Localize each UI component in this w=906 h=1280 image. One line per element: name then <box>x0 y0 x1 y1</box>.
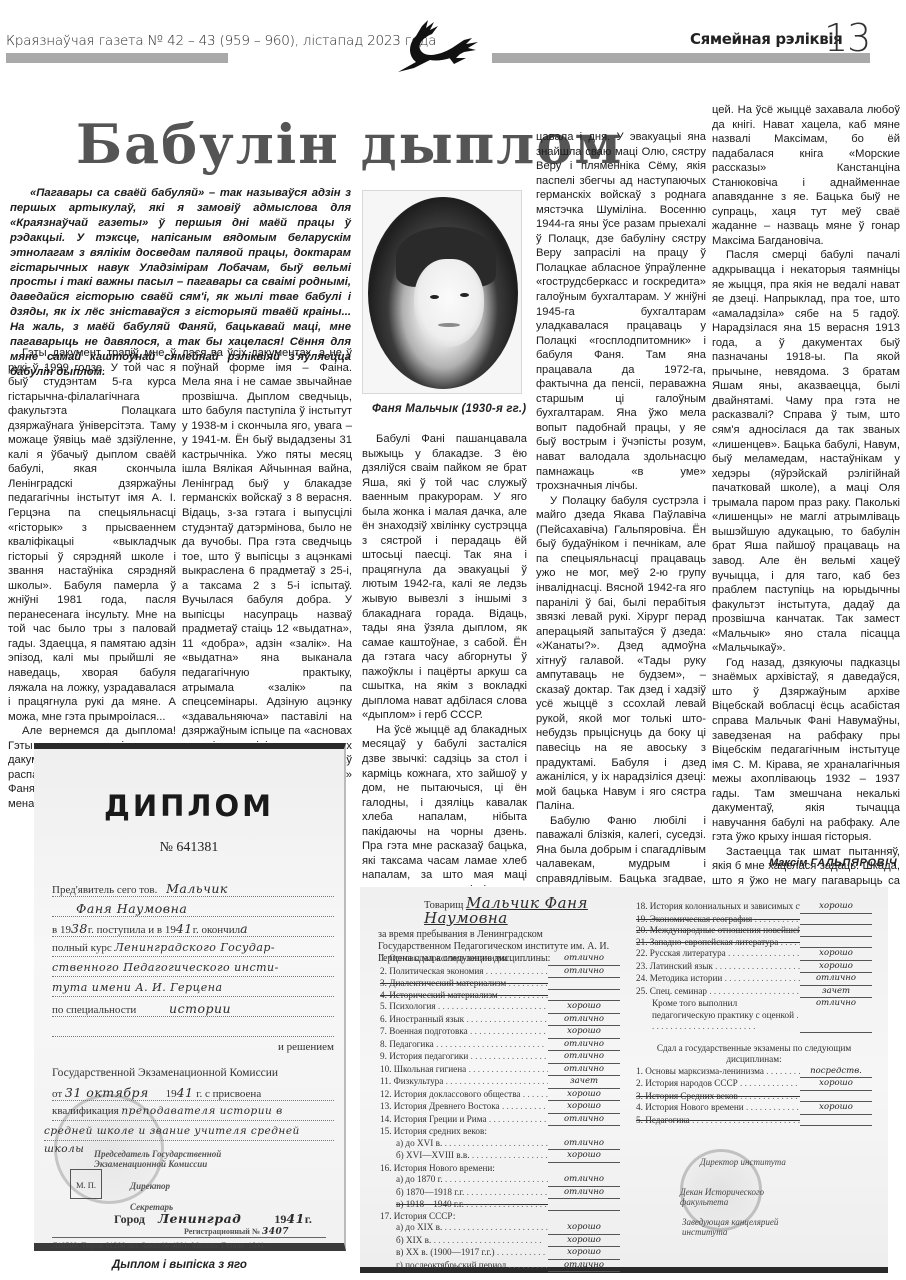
subject-row: 22. Русская литературахорошо <box>636 948 872 961</box>
subject: а) до XVI в. <box>380 1138 548 1151</box>
handwritten-year: 41 <box>176 921 193 936</box>
subject-row: 5. Психологияхорошо <box>380 1001 620 1014</box>
dean-signature-label: Декан Исторического факультета <box>680 1187 810 1207</box>
crane-bird-icon <box>392 18 484 72</box>
label: Пред'явитель сего тов. <box>52 884 157 896</box>
article-column-1: Гэты дакумент трапіў мне ў рукі ў 1999 г… <box>8 346 176 812</box>
exam-row: 5. Педагогика <box>636 1115 872 1127</box>
diploma-line-name: Фаня Наумовна <box>52 901 334 917</box>
paragraph: цей. На ўсё жыццё захавала любоў да кніг… <box>712 103 900 248</box>
director-signature-label: Директор института <box>700 1157 786 1167</box>
handwritten-text: преподавателя истории в <box>121 1105 282 1117</box>
article-column-5: цей. На ўсё жыццё захавала любоў да кніг… <box>712 103 900 903</box>
chair-label: Председатель Государственной Экзаменацио… <box>94 1149 234 1169</box>
subject: Кроме того выполнил педагогическую практ… <box>636 998 800 1033</box>
subject-row: 25. Спец. семинарзачет <box>636 986 872 999</box>
subject: 14. История Греции и Рима <box>380 1114 548 1127</box>
portrait-face <box>414 259 484 347</box>
subject: 2. Политическая экономия <box>380 966 548 979</box>
diploma-line-course: полный курс Ленинградского Государ- <box>52 941 334 957</box>
diploma-line-qualification-2: средней школе и звание учителя средней <box>44 1125 334 1141</box>
grade <box>800 925 872 937</box>
paragraph: цавала і дня. У эвакуацыі яна знайшла св… <box>536 130 706 494</box>
subject-row: 1. Основы марксизма-ленинизмаотлично <box>380 953 620 966</box>
grade: хорошо <box>800 901 872 914</box>
subject: 19. Экономическая география <box>636 914 800 926</box>
grade: отлично <box>548 1039 620 1052</box>
handwritten-date: 31 октября <box>65 1085 149 1100</box>
handwritten-name: Фаня Наумовна <box>76 901 187 916</box>
author-last-name: ГАЛЬПЯРОВІЧ <box>810 857 897 869</box>
portrait-eye-left <box>430 295 439 299</box>
handwritten-text: тута имени А. И. Герцена <box>52 981 223 994</box>
grade: хорошо <box>548 1026 620 1039</box>
subject: 9. История педагогики <box>380 1051 548 1064</box>
author-first-name: Максім <box>769 857 807 869</box>
subject: 21. Западно-европейская литература <box>636 937 800 949</box>
subject-row: 3. Диалектический материализм <box>380 978 620 990</box>
subject-row: в) XX в. (1900—1917 г.г.)хорошо <box>380 1247 620 1260</box>
grade <box>548 1211 620 1223</box>
exam-row: 2. История народов СССРхорошо <box>636 1078 872 1091</box>
grade <box>548 1163 620 1175</box>
subject-row: 18. История колониальных и зависимых стр… <box>636 901 872 914</box>
subject-row: 20. Международные отношения новейшей мир… <box>636 925 872 937</box>
handwritten-year: 41 <box>286 1211 304 1226</box>
subject-row: б) 1870—1918 г.г.отлично <box>380 1187 620 1200</box>
diploma-title: ДИПЛОМ <box>34 789 344 823</box>
grade: хорошо <box>800 961 872 974</box>
text: от <box>52 1088 62 1100</box>
handwritten-text: школы <box>44 1143 84 1155</box>
grade <box>548 990 620 1002</box>
subject-row: а) до XVI в.отлично <box>380 1138 620 1151</box>
grade <box>548 1126 620 1138</box>
diploma-line-decision: и решением <box>52 1041 334 1057</box>
subject-row: 12. История доклассового обществахорошо <box>380 1089 620 1102</box>
paragraph: Гэты дакумент трапіў мне ў рукі ў 1999 г… <box>8 346 176 724</box>
paragraph: лася ва ўсіх дакументах, а не ў поўнай ф… <box>182 346 352 797</box>
subject: 3. История Средних веков <box>636 1091 800 1103</box>
subject-row: 4. Исторический материализм <box>380 990 620 1002</box>
grade: отлично <box>800 973 872 986</box>
handwritten-text: средней школе и звание учителя средней <box>44 1125 300 1137</box>
subject-row: 21. Западно-европейская литература <box>636 937 872 949</box>
paragraph: Год назад, дзякуючы падказцы знаёмых арх… <box>712 656 900 845</box>
subject: 24. Методика истории <box>636 973 800 986</box>
subject-row: 19. Экономическая география <box>636 914 872 926</box>
page-number: 13 <box>824 16 870 60</box>
grade <box>548 1199 620 1211</box>
registrar-signature-label: Заведующая канцелярией института <box>682 1217 792 1237</box>
registration-line: Регистрационный № 3407 <box>184 1227 289 1237</box>
text: а и в 19 <box>141 924 176 936</box>
subject: 7. Военная подготовка <box>380 1026 548 1039</box>
handwritten-city: Ленинград <box>158 1211 241 1226</box>
grade: хорошо <box>800 948 872 961</box>
subject: 6. Иностранный язык <box>380 1014 548 1027</box>
author-signature: Максім ГАЛЬПЯРОВІЧ <box>769 857 897 869</box>
section-name: Сямейная рэліквія <box>690 30 842 48</box>
article-column-2: лася ва ўсіх дакументах, а не ў поўнай ф… <box>182 346 352 797</box>
grade: отлично <box>548 953 620 966</box>
grade: хорошо <box>548 1247 620 1260</box>
state-exams-header: Сдал а государственные экзамены по следу… <box>636 1043 872 1066</box>
grade: посредств. <box>800 1066 872 1079</box>
subject-row: 14. История Греции и Римаотлично <box>380 1114 620 1127</box>
seal-place-box: М. П. <box>70 1169 102 1199</box>
exam-row: 3. История Средних веков <box>636 1091 872 1103</box>
subject: 10. Школьная гигиена <box>380 1064 548 1077</box>
subject-row: а) до XIX в.хорошо <box>380 1222 620 1235</box>
subject-row: а) до 1870 г.отлично <box>380 1174 620 1187</box>
handwritten-text: ственного Педагогического инсти- <box>52 961 279 974</box>
subject: 11. Физкультура <box>380 1076 548 1089</box>
subject: 5. Педагогика <box>636 1115 800 1127</box>
text: г. <box>305 1212 312 1226</box>
subject-group-row: 16. История Нового времени: <box>380 1163 620 1175</box>
subject: 4. История Нового времени <box>636 1102 800 1115</box>
header-rule-left <box>6 53 228 63</box>
grade <box>800 914 872 926</box>
portrait-eye-right <box>460 293 469 297</box>
diploma-caption: Дыплом і выпіска з яго <box>112 1259 247 1271</box>
diploma-line-institute: ственного Педагогического инсти- <box>52 961 334 977</box>
grade <box>548 978 620 990</box>
subject: б) XIX в. <box>380 1235 548 1248</box>
subject-row: 23. Латинский языкхорошо <box>636 961 872 974</box>
subject: 2. История народов СССР <box>636 1078 800 1091</box>
grade: хорошо <box>548 1222 620 1235</box>
subject: 22. Русская литература <box>636 948 800 961</box>
diploma-line-holder: Пред'явитель сего тов. Мальчик <box>52 881 334 897</box>
exam-row: 4. История Нового временихорошо <box>636 1102 872 1115</box>
text: присвоена <box>213 1088 262 1100</box>
subject: г) послеоктябрьский период <box>380 1260 548 1273</box>
subject: 20. Международные отношения новейшей мир… <box>636 925 800 937</box>
subject: в) XX в. (1900—1917 г.г.) <box>380 1247 548 1260</box>
diploma-line-years: в 1938г. поступила и в 1941г. окончила <box>52 921 334 937</box>
subject-group-row: 15. История средних веков: <box>380 1126 620 1138</box>
handwritten-text: Ленинградского Государ- <box>114 941 275 954</box>
label: квалификация <box>52 1105 119 1117</box>
header-rule-right <box>492 53 870 63</box>
text: 19 <box>274 1212 286 1226</box>
diploma-number: № 641381 <box>34 840 344 856</box>
subject-row: 2. Политическая экономияотлично <box>380 966 620 979</box>
grade: хорошо <box>548 1235 620 1248</box>
subject-row: 13. История Древнего Востокахорошо <box>380 1101 620 1114</box>
subjects-left-list: 1. Основы марксизма-ленинизмаотлично 2. … <box>380 953 620 1272</box>
diploma-line-commission: Государственной Экзаменационной Комиссии <box>52 1067 334 1083</box>
grade: хорошо <box>800 1078 872 1091</box>
diploma-print-footer: Л18509. Тираж 81200 экз. Заказ № 4001. М… <box>52 1237 326 1250</box>
diploma-line-institute-2: тута имени А. И. Герцена <box>52 981 334 997</box>
handwritten-suffix: а <box>240 921 248 936</box>
handwritten-reg-number: 3407 <box>262 1227 289 1237</box>
diploma-image: ДИПЛОМ № 641381 Пред'явитель сего тов. М… <box>34 743 346 1251</box>
text: 19 <box>166 1088 177 1100</box>
grade: хорошо <box>548 1150 620 1163</box>
subject-row: 6. Иностранный языкотлично <box>380 1014 620 1027</box>
portrait-mouth <box>438 323 460 327</box>
grade: отлично <box>548 1064 620 1077</box>
paragraph: У Полацку бабуля сустрэла і майго дзеда … <box>536 494 706 814</box>
subject: 5. Психология <box>380 1001 548 1014</box>
grade: отлично <box>548 1014 620 1027</box>
diploma-line-date: от 31 октября 1941 г. с присвоена <box>52 1085 334 1101</box>
grade: зачет <box>548 1076 620 1089</box>
grade <box>800 937 872 949</box>
text: г. поступил <box>88 924 141 936</box>
portrait-caption: Фаня Мальчык (1930-я гг.) <box>372 403 526 415</box>
subjects-right-list: 18. История колониальных и зависимых стр… <box>636 901 872 1126</box>
subject-row: 7. Военная подготовкахорошо <box>380 1026 620 1039</box>
grade: хорошо <box>548 1089 620 1102</box>
grade: отлично <box>548 1051 620 1064</box>
portrait-photo <box>362 190 522 394</box>
text: в 19 <box>52 924 71 936</box>
practice-row: Кроме того выполнил педагогическую практ… <box>636 998 872 1033</box>
grade: хорошо <box>548 1001 620 1014</box>
grade: зачет <box>800 986 872 999</box>
subject: 1. Основы марксизма-ленинизма <box>380 953 548 966</box>
subject: 8. Педагогика <box>380 1039 548 1052</box>
text: г. с <box>196 1088 210 1100</box>
text: г. окончил <box>193 924 240 936</box>
label: Город <box>114 1212 145 1226</box>
text: Государственной Экзаменационной Комиссии <box>52 1067 278 1079</box>
paragraph: Пасля смерці бабулі пачалі адкрывацца і … <box>712 248 900 655</box>
text: и решением <box>278 1041 334 1053</box>
subject: 15. История средних веков: <box>380 1126 548 1138</box>
subject: 13. История Древнего Востока <box>380 1101 548 1114</box>
label: полный курс <box>52 942 112 954</box>
subject-row: г) послеоктябрьский периодотлично <box>380 1260 620 1273</box>
subject: 16. История Нового времени: <box>380 1163 548 1175</box>
grade <box>800 1091 872 1103</box>
grade: отлично <box>800 998 872 1033</box>
publication-info: Краязнаўчая газета № 42 – 43 (959 – 960)… <box>6 33 436 49</box>
diploma-line-qualification: квалификация преподавателя истории в <box>52 1105 334 1121</box>
diploma-line-blank <box>52 1021 334 1037</box>
handwritten-name: Мальчик Фаня Наумовна <box>424 894 588 927</box>
portrait-oval <box>368 197 518 389</box>
paragraph: Бабулі Фані пашанцавала выжыць у блакадз… <box>362 432 527 723</box>
article-column-4: цавала і дня. У эвакуацыі яна знайшла св… <box>536 130 706 959</box>
transcript-image: Товарищ Мальчик Фаня Наумовна за время п… <box>360 887 888 1273</box>
grade: отлично <box>548 1187 620 1200</box>
label: Регистрационный № <box>184 1227 260 1236</box>
subject-row: б) XIX в.хорошо <box>380 1235 620 1248</box>
grade: хорошо <box>548 1101 620 1114</box>
handwritten-year: 41 <box>177 1085 194 1100</box>
subject: а) до 1870 г. <box>380 1174 548 1187</box>
subject-row: 8. Педагогикаотлично <box>380 1039 620 1052</box>
subject: б) 1870—1918 г.г. <box>380 1187 548 1200</box>
director-label: Директор <box>130 1181 170 1191</box>
label: по специальности <box>52 1004 136 1016</box>
subject-row: б) XVI—XVIII в.в.хорошо <box>380 1150 620 1163</box>
grade: отлично <box>548 1174 620 1187</box>
subject-row: 11. Физкультуразачет <box>380 1076 620 1089</box>
diploma-line-specialty: по специальности истории <box>52 1001 334 1017</box>
grade <box>800 1115 872 1127</box>
subject: 17. История СССР: <box>380 1211 548 1223</box>
subject-group-row: 17. История СССР: <box>380 1211 620 1223</box>
grade: отлично <box>548 966 620 979</box>
handwritten-specialty: истории <box>169 1001 231 1016</box>
subject: 12. История доклассового общества <box>380 1089 548 1102</box>
subject: б) XVI—XVIII в.в. <box>380 1150 548 1163</box>
grade: хорошо <box>800 1102 872 1115</box>
subject-row: 24. Методика историиотлично <box>636 973 872 986</box>
diploma-line-city: Город Ленинград 1941г. <box>114 1211 334 1227</box>
transcript-student: Товарищ Мальчик Фаня Наумовна <box>378 897 618 927</box>
grade: отлично <box>548 1260 620 1273</box>
subject: 23. Латинский язык <box>636 961 800 974</box>
subject: а) до XIX в. <box>380 1222 548 1235</box>
subject: 4. Исторический материализм <box>380 990 548 1002</box>
exam-row: 1. Основы марксизма-ленинизмапосредств. <box>636 1066 872 1079</box>
subject-row: в) 1918—1940 г.г. <box>380 1199 620 1211</box>
subject: 18. История колониальных и зависимых стр… <box>636 901 800 914</box>
subject: в) 1918—1940 г.г. <box>380 1199 548 1211</box>
grade: отлично <box>548 1138 620 1151</box>
grade: отлично <box>548 1114 620 1127</box>
subject: 25. Спец. семинар <box>636 986 800 999</box>
subject: 3. Диалектический материализм <box>380 978 548 990</box>
handwritten-surname: Мальчик <box>166 881 228 896</box>
handwritten-year: 38 <box>71 921 88 936</box>
subject: 1. Основы марксизма-ленинизма <box>636 1066 800 1079</box>
subject-row: 9. История педагогикиотлично <box>380 1051 620 1064</box>
subject-row: 10. Школьная гигиенаотлично <box>380 1064 620 1077</box>
